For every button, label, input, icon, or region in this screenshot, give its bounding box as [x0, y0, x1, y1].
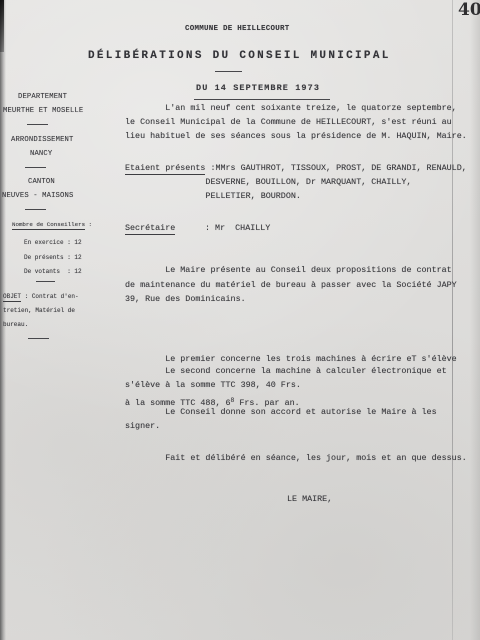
sidebar-divider-3: [25, 209, 46, 210]
sidebar-divider-1: [27, 124, 48, 125]
canton-label: CANTON: [28, 178, 55, 186]
paragraph-closing: Fait et délibéré en séance, les jour, mo…: [125, 451, 467, 465]
paragraph-contracts: Le Maire présente au Conseil deux propos…: [125, 263, 457, 307]
objet-line-1: OBJET : Contrat d'en-: [3, 293, 79, 300]
canton-name: NEUVES - MAISONS: [2, 192, 73, 200]
attendees-colon: :: [205, 163, 215, 173]
paragraph-second-contract: Le second concerne la machine à calculer…: [125, 364, 447, 392]
right-edge-shadow: [470, 0, 480, 640]
sidebar-divider-5: [28, 338, 49, 339]
title-rule: [215, 71, 242, 72]
departement-label: DEPARTEMENT: [18, 93, 67, 101]
secretary-value: : Mr CHAILLY: [205, 221, 270, 235]
conseillers-counts: En exercice : 12 De présents : 12 De vot…: [24, 236, 82, 280]
left-edge-shadow: [0, 0, 6, 640]
objet-rest: : Contrat d'en-: [21, 293, 79, 300]
fold-line: [452, 0, 453, 640]
sidebar-divider-2: [25, 167, 46, 168]
sidebar-divider-4: [36, 281, 55, 282]
paragraph-approval: Le Conseil donne son accord et autorise …: [125, 405, 437, 433]
header-title: DÉLIBÉRATIONS DU CONSEIL MUNICIPAL: [88, 50, 391, 62]
header-commune: COMMUNE DE HEILLECOURT: [185, 25, 290, 33]
paragraph-opening: L'an mil neuf cent soixante treize, le q…: [125, 101, 467, 143]
scan-page: 40 COMMUNE DE HEILLECOURT DÉLIBÉRATIONS …: [0, 0, 480, 640]
attendees-heading: Etaient présents :: [125, 161, 215, 175]
arrondissement-label: ARRONDISSEMENT: [11, 136, 74, 144]
conseillers-heading: Nombre de Conseillers :: [12, 221, 92, 228]
secretary-heading: Secrétaire: [125, 221, 175, 235]
left-edge-dark-corner: [0, 0, 4, 52]
objet-line-2: tretien, Matériel de: [3, 307, 75, 314]
objet-line-3: bureau.: [3, 321, 28, 328]
departement-name: MEURTHE ET MOSELLE: [3, 107, 83, 115]
signature-le-maire: LE MAIRE,: [287, 492, 332, 506]
arrondissement-name: NANCY: [30, 150, 52, 158]
attendees-label: Etaient présents: [125, 163, 205, 175]
conseillers-label: Nombre de Conseillers: [12, 221, 85, 230]
page-number: 40: [458, 0, 480, 20]
date-underline: [194, 99, 330, 100]
conseillers-colon: :: [85, 221, 92, 228]
secretary-label: Secrétaire: [125, 223, 175, 235]
objet-label: OBJET: [3, 293, 21, 302]
header-date: DU 14 SEPTEMBRE 1973: [196, 83, 320, 93]
